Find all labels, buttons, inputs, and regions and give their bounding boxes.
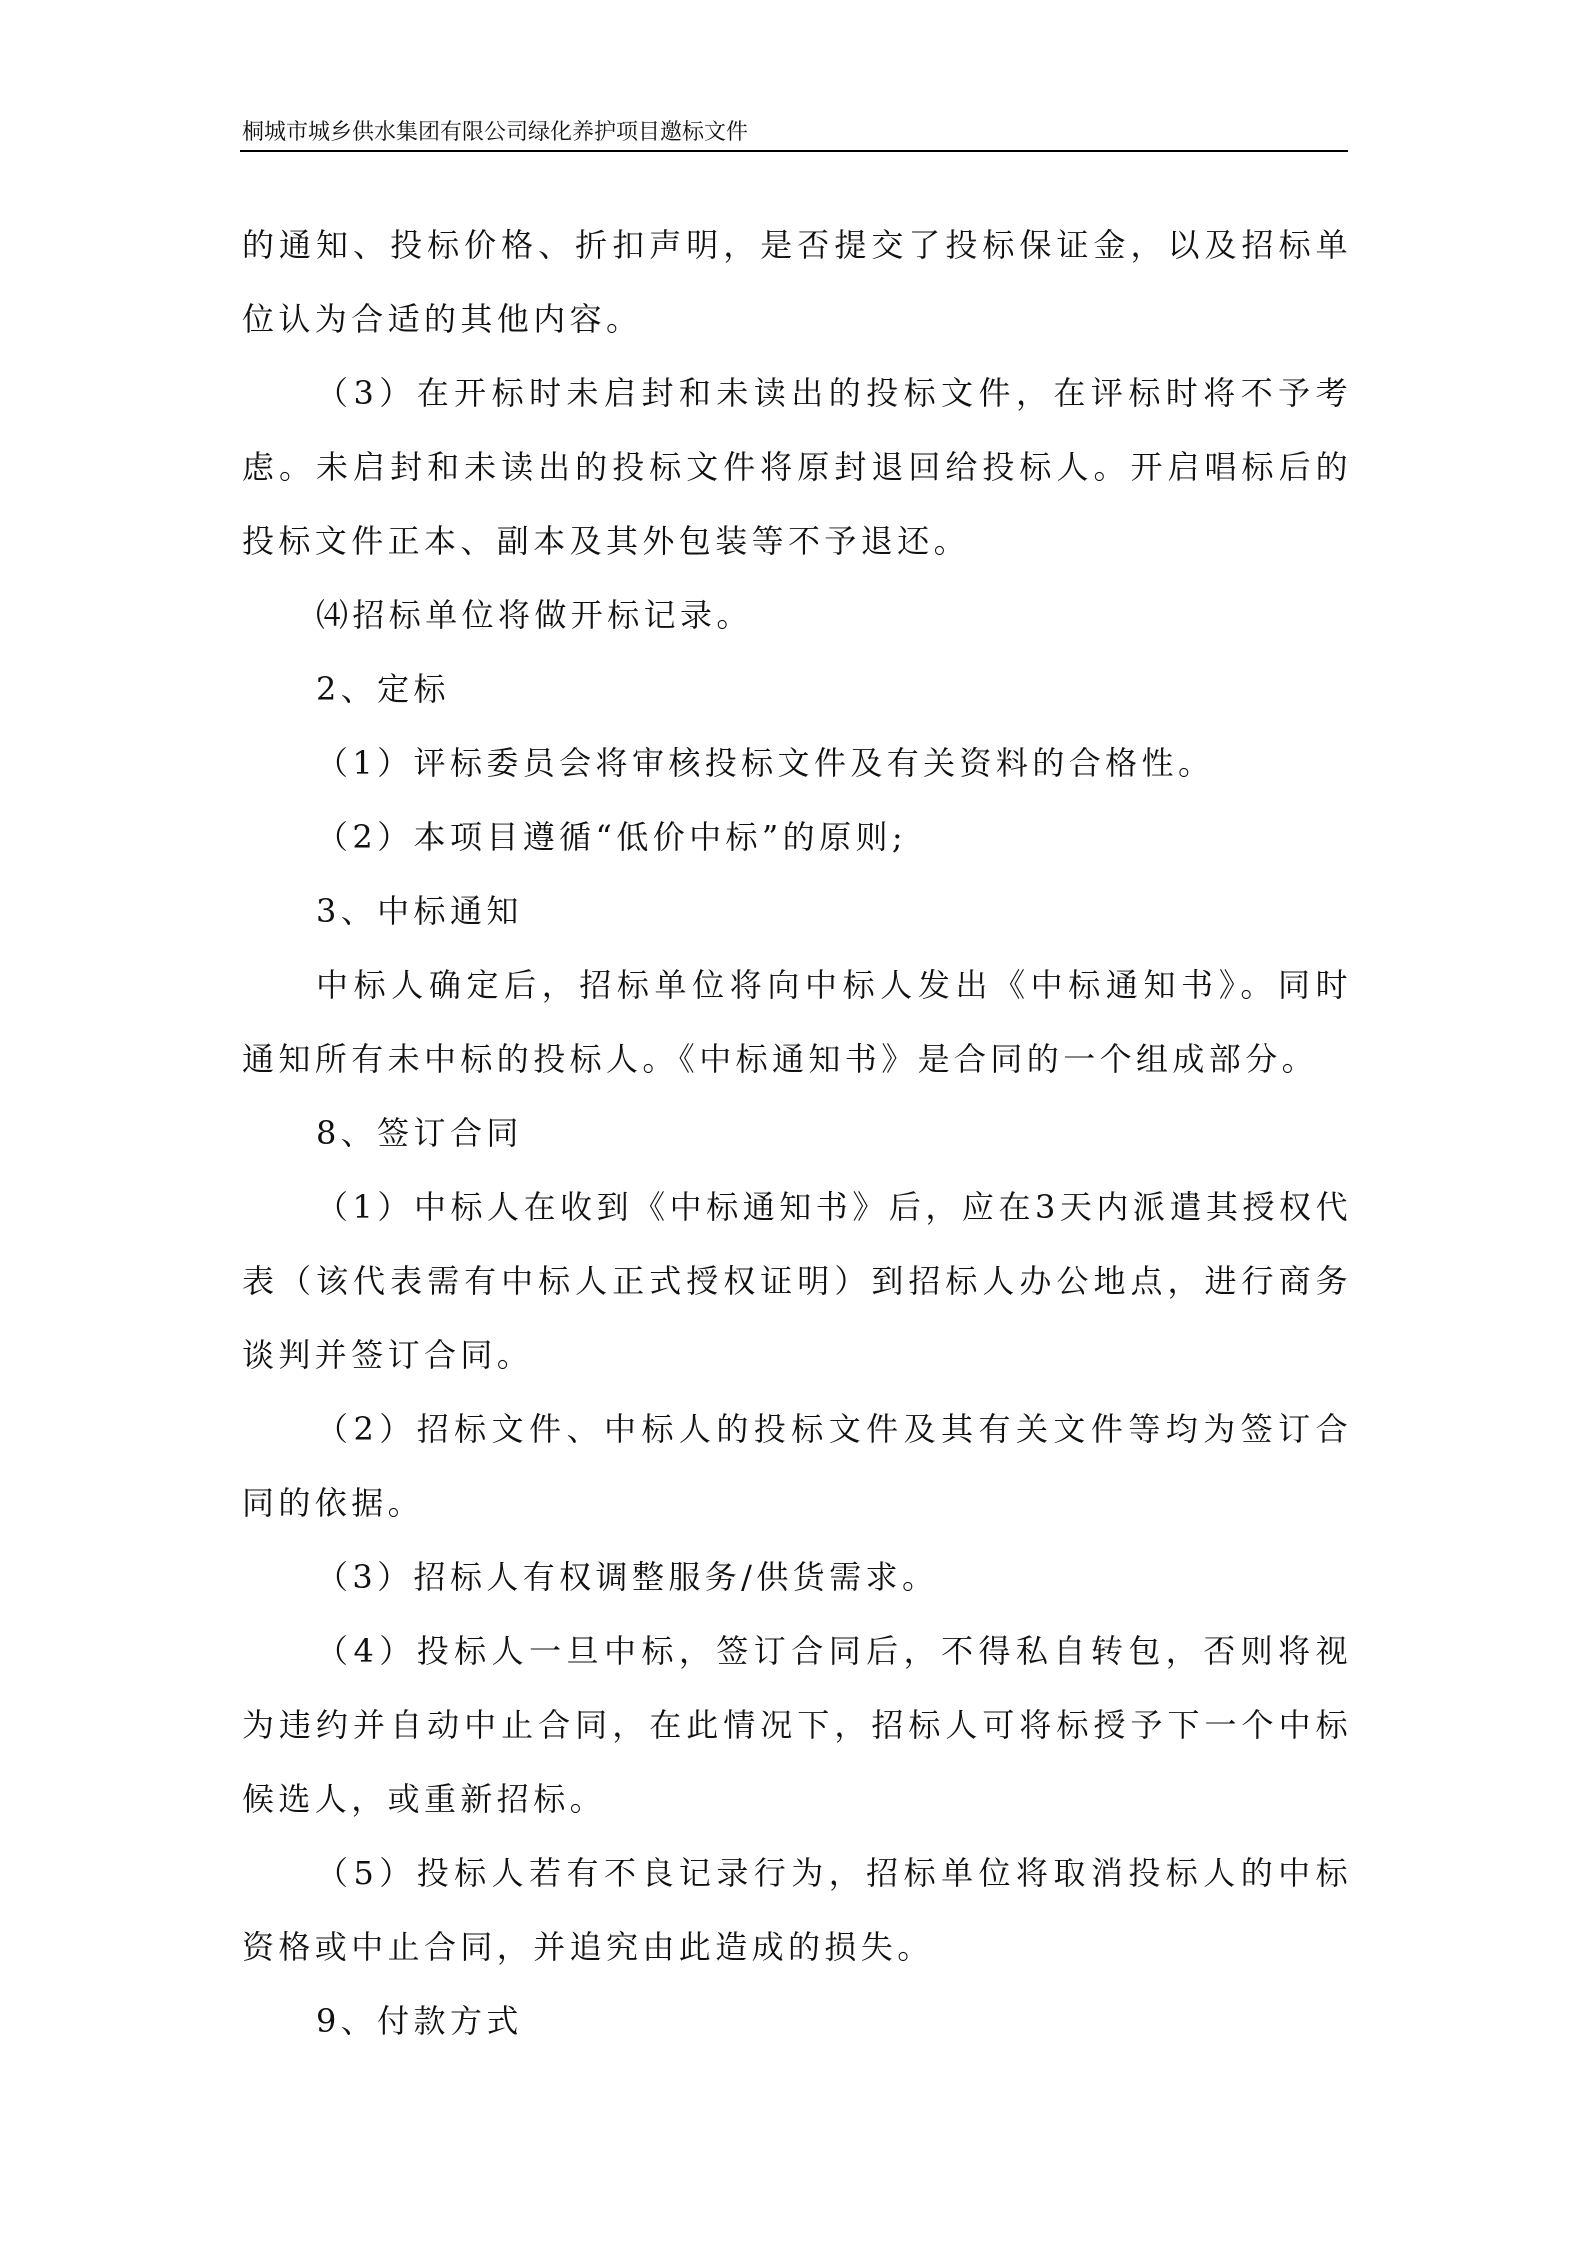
section-heading-notice: 3、中标通知 (242, 874, 1352, 948)
paragraph-notice: 中标人确定后，招标单位将向中标人发出《中标通知书》。同时通知所有未中标的投标人。… (242, 948, 1352, 1096)
section-heading-award: 2、定标 (242, 652, 1352, 726)
paragraph-award-1: （1）评标委员会将审核投标文件及有关资料的合格性。 (242, 726, 1352, 800)
paragraph-opening-4: ⑷招标单位将做开标记录。 (242, 578, 1352, 652)
paragraph-contract-4: （4）投标人一旦中标，签订合同后，不得私自转包，否则将视为违约并自动中止合同，在… (242, 1614, 1352, 1836)
paragraph-opening-3: （3）在开标时未启封和未读出的投标文件，在评标时将不予考虑。未启封和未读出的投标… (242, 356, 1352, 578)
paragraph-award-2: （2）本项目遵循“低价中标”的原则; (242, 800, 1352, 874)
document-page: 桐城市城乡供水集团有限公司绿化养护项目邀标文件 的通知、投标价格、折扣声明，是否… (0, 0, 1587, 2245)
paragraph-contract-3: （3）招标人有权调整服务/供货需求。 (242, 1540, 1352, 1614)
header-title: 桐城市城乡供水集团有限公司绿化养护项目邀标文件 (242, 120, 748, 146)
page-header: 桐城市城乡供水集团有限公司绿化养护项目邀标文件 (240, 112, 1348, 152)
section-heading-contract: 8、签订合同 (242, 1096, 1352, 1170)
section-heading-payment: 9、付款方式 (242, 1984, 1352, 2058)
paragraph-contract-2: （2）招标文件、中标人的投标文件及其有关文件等均为签订合同的依据。 (242, 1392, 1352, 1540)
paragraph-contract-1: （1）中标人在收到《中标通知书》后，应在3天内派遣其授权代表（该代表需有中标人正… (242, 1170, 1352, 1392)
paragraph-contract-5: （5）投标人若有不良记录行为，招标单位将取消投标人的中标资格或中止合同，并追究由… (242, 1836, 1352, 1984)
paragraph-continued-notice: 的通知、投标价格、折扣声明，是否提交了投标保证金，以及招标单位认为合适的其他内容… (242, 208, 1352, 356)
